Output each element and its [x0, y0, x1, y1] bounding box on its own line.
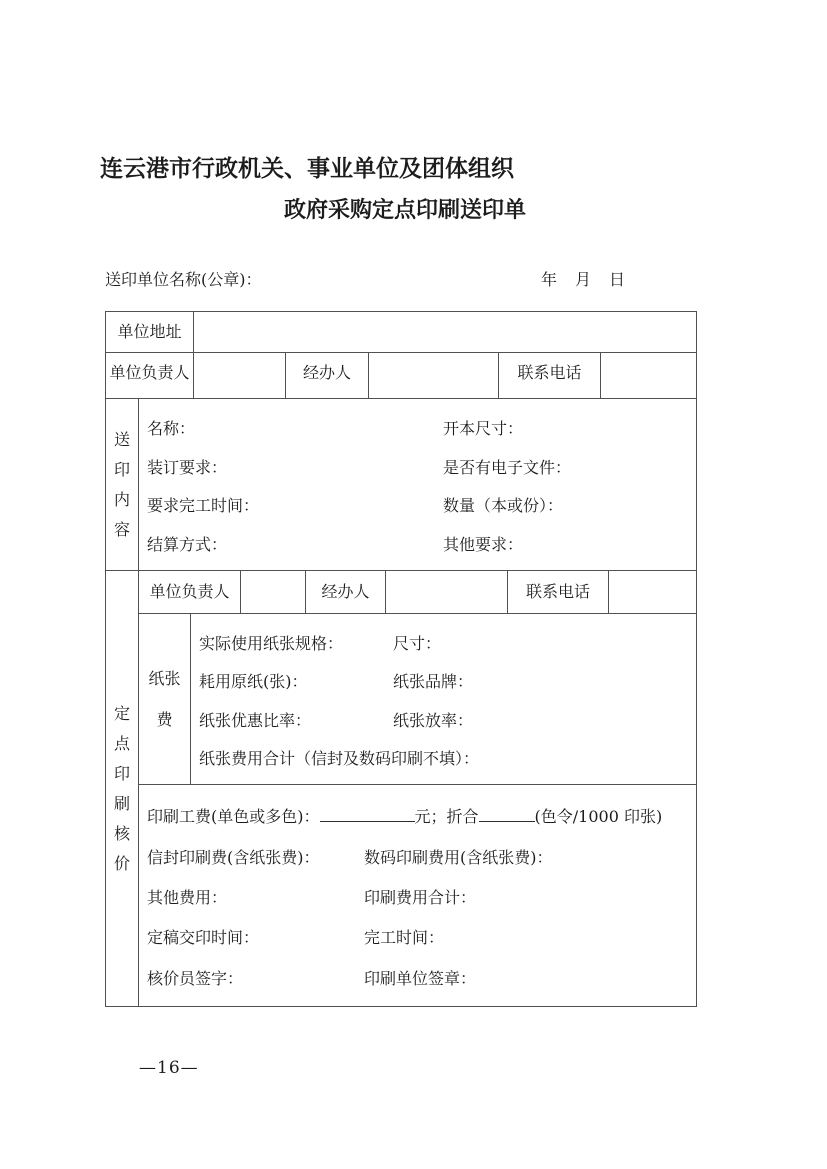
vlabel-char: 刷: [114, 795, 130, 812]
contact-row: 单位负责人 经办人 联系电话: [106, 353, 696, 399]
leader-label: 单位负责人: [106, 353, 194, 398]
field-label-paper-spec: 实际使用纸张规格：: [199, 634, 343, 653]
agent-label: 经办人: [286, 353, 369, 398]
field-label-settlement: 结算方式：: [147, 535, 227, 554]
field-label-paper-size: 尺寸：: [393, 631, 441, 654]
paper-fee-label-line2: 费: [156, 711, 172, 728]
agent-value-cell: [369, 353, 499, 398]
date-year-label: 年: [541, 267, 557, 290]
printer-agent-value-cell: [386, 571, 508, 613]
form-line: 其他费用： 印刷费用合计：: [139, 885, 696, 906]
field-label-work-fee: 印刷工费(单色或多色)：: [147, 807, 320, 826]
field-label-quantity: 数量（本或份）：: [443, 493, 563, 516]
vlabel-char: 容: [114, 521, 130, 538]
form-line: 实际使用纸张规格： 尺寸：: [191, 631, 696, 652]
vlabel-char: 内: [114, 491, 130, 508]
field-label-finish-time: 完工时间：: [364, 925, 444, 948]
vlabel-char: 定: [114, 705, 130, 722]
printer-phone-value-cell: [609, 571, 696, 613]
form-line: 名称： 开本尺寸：: [139, 416, 696, 437]
send-content-section: 送 印 内 容 名称： 开本尺寸： 装订要求： 是否有电子文件： 要求完工时间：…: [106, 399, 696, 571]
field-label-paper-fee-total: 纸张费用合计（信封及数码印刷不填）：: [199, 749, 479, 768]
form-line: 结算方式： 其他要求：: [139, 532, 696, 553]
fill-blank: [479, 807, 535, 822]
field-label-other-req: 其他要求：: [443, 532, 523, 555]
printer-leader-label: 单位负责人: [139, 571, 241, 613]
print-fee-block: 印刷工费(单色或多色)：元；折合(色令/1000 印张) 信封印刷费(含纸张费)…: [139, 785, 696, 1006]
form-line: 装订要求： 是否有电子文件：: [139, 455, 696, 476]
form-line: 耗用原纸(张)： 纸张品牌：: [191, 669, 696, 690]
paper-fee-vertical-label: 纸张 费: [139, 614, 191, 784]
field-label-efile: 是否有电子文件：: [443, 455, 571, 478]
document-title-line1: 连云港市行政机关、事业单位及团体组织: [100, 150, 514, 183]
vlabel-char: 价: [114, 855, 130, 872]
print-order-form-table: 单位地址 单位负责人 经办人 联系电话 送 印 内 容 名称： 开本尺寸：: [105, 311, 697, 1007]
vlabel-char: 核: [114, 825, 130, 842]
field-label-discount-rate: 纸张优惠比率：: [199, 711, 311, 730]
field-label-size: 开本尺寸：: [443, 416, 523, 439]
form-line: 纸张优惠比率： 纸张放率：: [191, 708, 696, 729]
field-label-digital-fee: 数码印刷费用(含纸张费)：: [364, 845, 553, 868]
paper-fee-block: 纸张 费 实际使用纸张规格： 尺寸： 耗用原纸(张)： 纸张品牌：: [139, 614, 696, 785]
field-label-printer-seal: 印刷单位签章：: [364, 966, 476, 989]
document-page: 连云港市行政机关、事业单位及团体组织 政府采购定点印刷送印单 送印单位名称(公章…: [0, 0, 827, 1169]
field-label-binding: 装订要求：: [147, 458, 227, 477]
vlabel-char: 印: [114, 461, 130, 478]
phone-value-cell: [601, 353, 696, 398]
field-label-raw-paper: 耗用原纸(张)：: [199, 672, 308, 691]
printer-agent-label: 经办人: [306, 571, 386, 613]
printer-leader-value-cell: [241, 571, 306, 613]
form-line: 信封印刷费(含纸张费)： 数码印刷费用(含纸张费)：: [139, 845, 696, 866]
vlabel-char: 点: [114, 735, 130, 752]
pricing-section: 定 点 印 刷 核 价 单位负责人 经办人 联系电话: [106, 571, 696, 1006]
date-line: 年 月 日: [541, 267, 625, 290]
form-line: 要求完工时间： 数量（本或份）：: [139, 493, 696, 514]
page-number: —16—: [139, 1058, 199, 1078]
field-label-allowance-rate: 纸张放率：: [393, 708, 473, 731]
printer-contact-row: 单位负责人 经办人 联系电话: [139, 571, 696, 614]
field-label-appraiser-sign: 核价员签字：: [147, 969, 243, 988]
send-content-fields: 名称： 开本尺寸： 装订要求： 是否有电子文件： 要求完工时间： 数量（本或份）…: [139, 399, 696, 570]
vlabel-char: 送: [114, 431, 130, 448]
send-content-vertical-label: 送 印 内 容: [106, 399, 139, 570]
field-label-envelope-fee: 信封印刷费(含纸张费)：: [147, 848, 320, 867]
unit-name-label: 送印单位名称(公章)：: [105, 267, 262, 290]
form-line-work-fee: 印刷工费(单色或多色)：元；折合(色令/1000 印张): [139, 804, 696, 825]
field-label-paper-brand: 纸张品牌：: [393, 669, 473, 692]
field-label-fee-total: 印刷费用合计：: [364, 885, 476, 908]
form-line: 定稿交印时间： 完工时间：: [139, 925, 696, 946]
pricing-section-body: 单位负责人 经办人 联系电话 纸张 费 实际使用纸张规格：: [139, 571, 696, 1006]
form-line: 纸张费用合计（信封及数码印刷不填）：: [191, 746, 696, 767]
fill-blank: [320, 807, 415, 822]
address-row: 单位地址: [106, 312, 696, 353]
phone-label: 联系电话: [499, 353, 601, 398]
field-label-name: 名称：: [147, 419, 195, 438]
paper-fee-label-line1: 纸张: [148, 670, 180, 687]
address-value-cell: [194, 312, 696, 352]
field-label-yuan-convert: 元；折合: [415, 807, 479, 826]
form-line: 核价员签字： 印刷单位签章：: [139, 966, 696, 987]
field-label-final-draft-time: 定稿交印时间：: [147, 928, 259, 947]
date-day-label: 日: [609, 267, 625, 290]
address-label: 单位地址: [106, 312, 194, 352]
paper-fee-fields: 实际使用纸张规格： 尺寸： 耗用原纸(张)： 纸张品牌： 纸张优惠比率： 纸张放…: [191, 614, 696, 784]
vlabel-char: 印: [114, 765, 130, 782]
document-title-line2: 政府采购定点印刷送印单: [284, 193, 526, 224]
field-label-deadline: 要求完工时间：: [147, 496, 259, 515]
pricing-vertical-label: 定 点 印 刷 核 价: [106, 571, 139, 1006]
leader-value-cell: [194, 353, 286, 398]
field-label-color-ream: (色令/1000 印张): [535, 807, 663, 826]
printer-phone-label: 联系电话: [508, 571, 609, 613]
date-month-label: 月: [575, 267, 591, 290]
field-label-other-fee: 其他费用：: [147, 888, 227, 907]
